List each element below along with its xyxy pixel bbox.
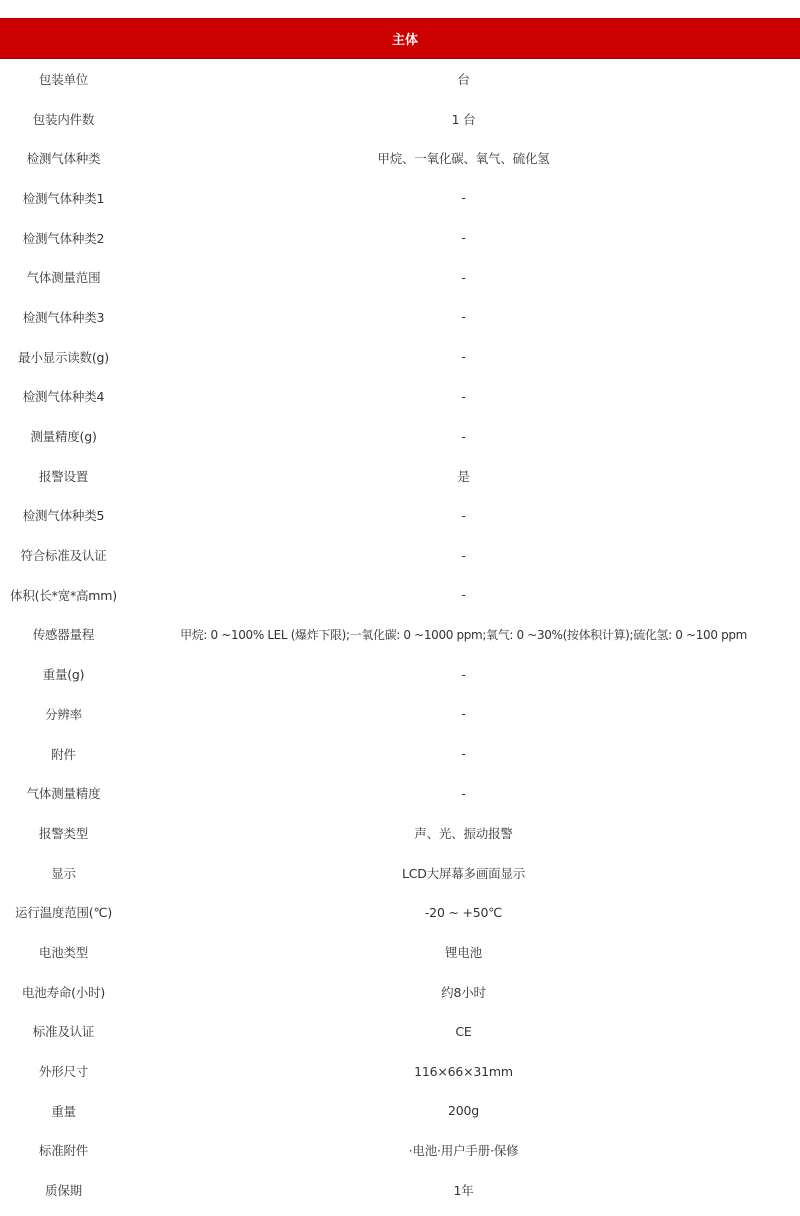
spec-value: LCD大屏幕多画面显示 xyxy=(127,853,800,893)
table-row: 分辨率- xyxy=(0,694,800,734)
spec-value: 是 xyxy=(127,456,800,496)
spec-label: 检测气体种类4 xyxy=(0,377,127,417)
spec-value: 甲烷、一氧化碳、氧气、硫化氢 xyxy=(127,138,800,178)
table-row: 外形尺寸116×66×31mm xyxy=(0,1051,800,1091)
spec-label: 传感器量程 xyxy=(0,615,127,655)
spec-value: - xyxy=(127,257,800,297)
spec-label: 检测气体种类 xyxy=(0,138,127,178)
spec-label: 分辨率 xyxy=(0,694,127,734)
spec-value: 约8小时 xyxy=(127,972,800,1012)
table-row: 报警设置是 xyxy=(0,456,800,496)
spec-label: 符合标准及认证 xyxy=(0,535,127,575)
spec-value: 甲烷: 0 ~100% LEL (爆炸下限);一氧化碳: 0 ~1000 ppm… xyxy=(127,615,800,655)
spec-value: - xyxy=(127,773,800,813)
spec-label: 检测气体种类2 xyxy=(0,218,127,258)
spec-label: 报警设置 xyxy=(0,456,127,496)
spec-value: - xyxy=(127,654,800,694)
table-row: 显示LCD大屏幕多画面显示 xyxy=(0,853,800,893)
spec-label: 检测气体种类5 xyxy=(0,496,127,536)
table-header-row: 主体 xyxy=(0,19,800,59)
spec-value: - xyxy=(127,416,800,456)
spec-table: 主体 包装单位台包装内件数1 台检测气体种类甲烷、一氧化碳、氧气、硫化氢检测气体… xyxy=(0,18,800,1210)
spec-value: - xyxy=(127,178,800,218)
spec-label: 测量精度(g) xyxy=(0,416,127,456)
spec-label: 最小显示读数(g) xyxy=(0,337,127,377)
spec-label: 检测气体种类3 xyxy=(0,297,127,337)
spec-value: 声、光、振动报警 xyxy=(127,813,800,853)
spec-value: 台 xyxy=(127,59,800,99)
spec-value: - xyxy=(127,218,800,258)
table-row: 检测气体种类1- xyxy=(0,178,800,218)
table-row: 标准附件·电池·用户手册·保修 xyxy=(0,1131,800,1171)
table-row: 运行温度范围(℃)-20 ~ +50℃ xyxy=(0,892,800,932)
spec-label: 质保期 xyxy=(0,1170,127,1210)
table-row: 检测气体种类甲烷、一氧化碳、氧气、硫化氢 xyxy=(0,138,800,178)
spec-label: 标准附件 xyxy=(0,1131,127,1171)
table-header-title: 主体 xyxy=(0,19,800,59)
spec-label: 报警类型 xyxy=(0,813,127,853)
spec-label: 包装内件数 xyxy=(0,99,127,139)
spec-label: 气体测量范围 xyxy=(0,257,127,297)
spec-value: 116×66×31mm xyxy=(127,1051,800,1091)
spec-value: - xyxy=(127,734,800,774)
table-row: 包装单位台 xyxy=(0,59,800,99)
table-row: 电池寿命(小时)约8小时 xyxy=(0,972,800,1012)
spec-label: 包装单位 xyxy=(0,59,127,99)
table-row: 测量精度(g)- xyxy=(0,416,800,456)
table-row: 检测气体种类3- xyxy=(0,297,800,337)
spec-label: 气体测量精度 xyxy=(0,773,127,813)
table-row: 报警类型声、光、振动报警 xyxy=(0,813,800,853)
spec-label: 运行温度范围(℃) xyxy=(0,892,127,932)
spec-value: - xyxy=(127,535,800,575)
table-row: 附件- xyxy=(0,734,800,774)
spec-label: 附件 xyxy=(0,734,127,774)
table-row: 标准及认证CE xyxy=(0,1012,800,1052)
table-row: 质保期1年 xyxy=(0,1170,800,1210)
spec-value: 200g xyxy=(127,1091,800,1131)
spec-label: 电池类型 xyxy=(0,932,127,972)
table-row: 传感器量程甲烷: 0 ~100% LEL (爆炸下限);一氧化碳: 0 ~100… xyxy=(0,615,800,655)
table-row: 检测气体种类2- xyxy=(0,218,800,258)
table-row: 检测气体种类5- xyxy=(0,496,800,536)
spec-value: - xyxy=(127,337,800,377)
table-row: 重量200g xyxy=(0,1091,800,1131)
spec-value: - xyxy=(127,496,800,536)
spec-label: 外形尺寸 xyxy=(0,1051,127,1091)
table-row: 气体测量范围- xyxy=(0,257,800,297)
table-row: 包装内件数1 台 xyxy=(0,99,800,139)
spec-value: - xyxy=(127,694,800,734)
spec-value: 锂电池 xyxy=(127,932,800,972)
table-row: 重量(g)- xyxy=(0,654,800,694)
spec-value: 1 台 xyxy=(127,99,800,139)
spec-label: 重量(g) xyxy=(0,654,127,694)
spec-value: CE xyxy=(127,1012,800,1052)
spec-label: 重量 xyxy=(0,1091,127,1131)
table-row: 气体测量精度- xyxy=(0,773,800,813)
table-row: 最小显示读数(g)- xyxy=(0,337,800,377)
spec-value: -20 ~ +50℃ xyxy=(127,892,800,932)
spec-value: - xyxy=(127,377,800,417)
spec-label: 体积(长*宽*高mm) xyxy=(0,575,127,615)
spec-label: 标准及认证 xyxy=(0,1012,127,1052)
spec-label: 显示 xyxy=(0,853,127,893)
table-row: 符合标准及认证- xyxy=(0,535,800,575)
spec-value: - xyxy=(127,575,800,615)
spec-value: 1年 xyxy=(127,1170,800,1210)
spec-value: ·电池·用户手册·保修 xyxy=(127,1131,800,1171)
table-row: 检测气体种类4- xyxy=(0,377,800,417)
spec-value: - xyxy=(127,297,800,337)
table-row: 体积(长*宽*高mm)- xyxy=(0,575,800,615)
spec-label: 检测气体种类1 xyxy=(0,178,127,218)
table-row: 电池类型锂电池 xyxy=(0,932,800,972)
spec-table-body: 包装单位台包装内件数1 台检测气体种类甲烷、一氧化碳、氧气、硫化氢检测气体种类1… xyxy=(0,59,800,1210)
spec-label: 电池寿命(小时) xyxy=(0,972,127,1012)
